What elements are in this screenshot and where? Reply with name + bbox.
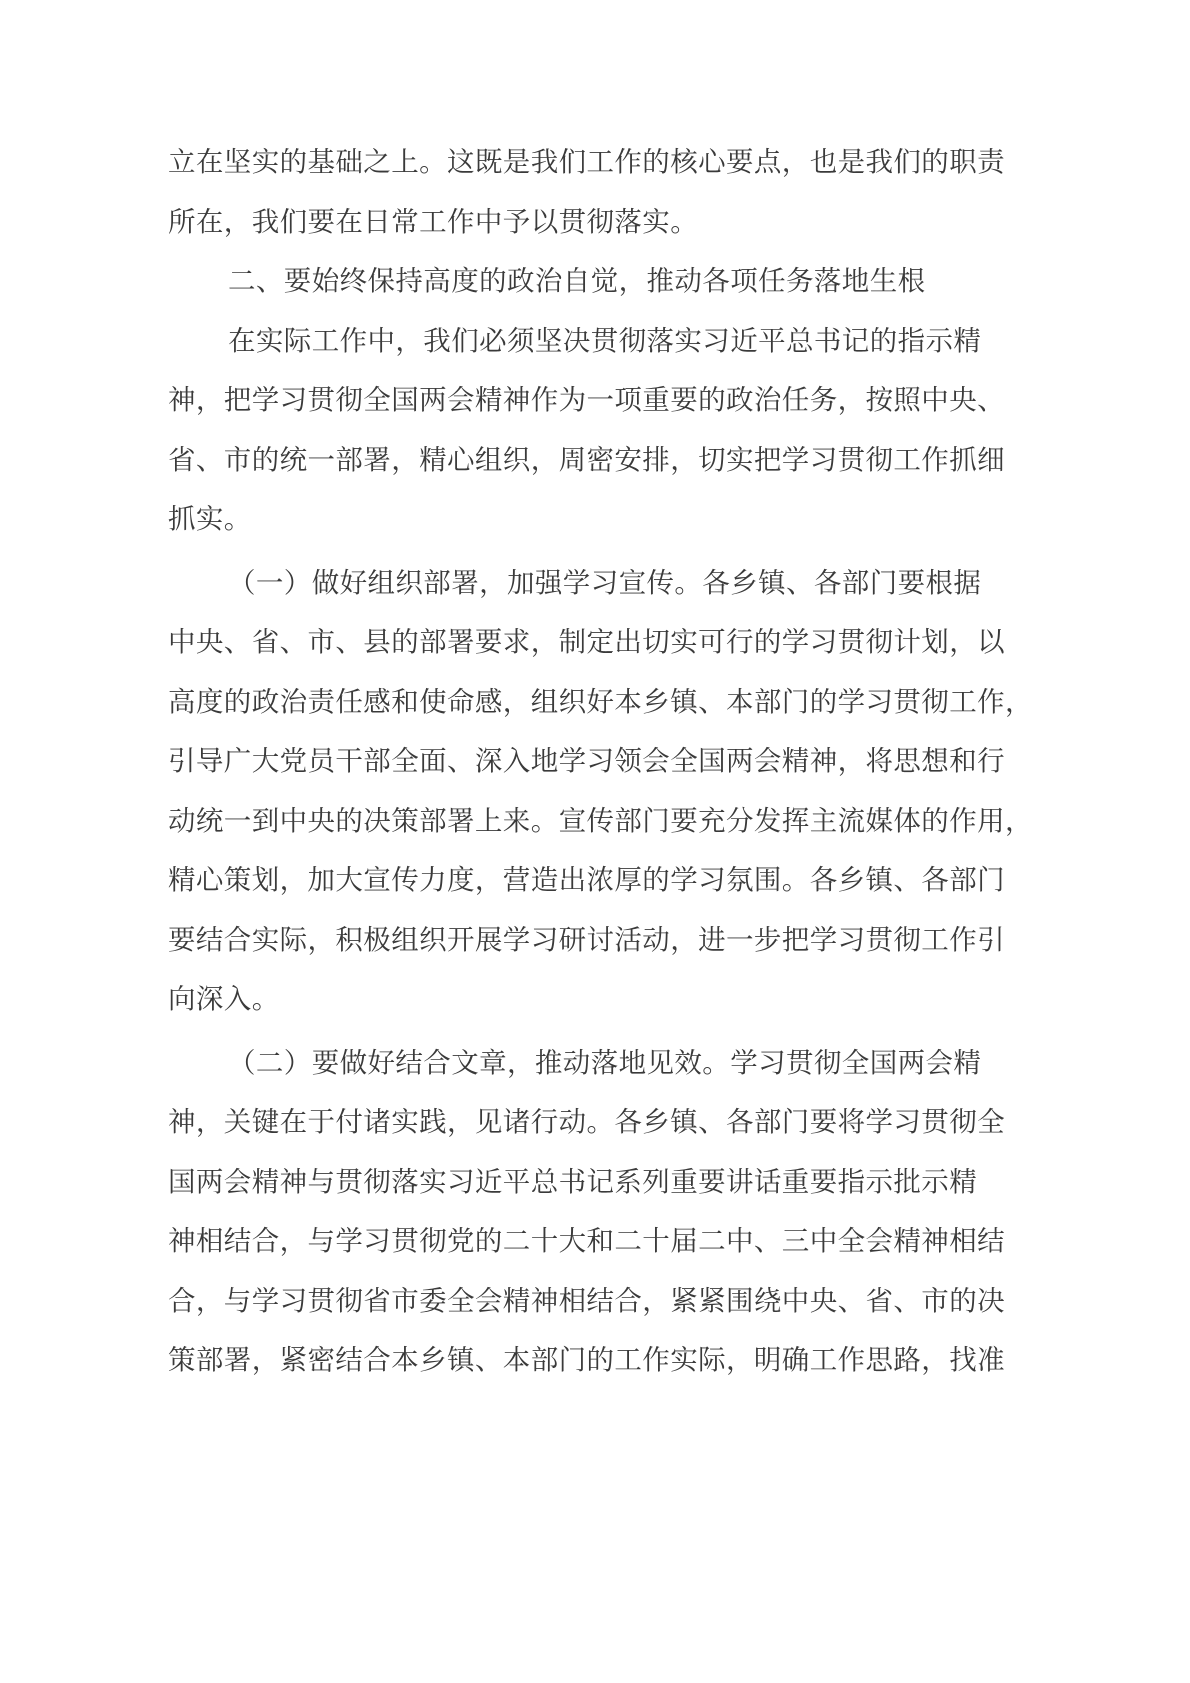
text-line: 抓实。 bbox=[168, 500, 970, 560]
text-line: （一）做好组织部署，加强学习宣传。各乡镇、各部门要根据 bbox=[168, 564, 970, 624]
subsection-paragraph-2: （二）要做好结合文章，推动落地见效。学习贯彻全国两会精 神，关键在于付诸实践，见… bbox=[168, 1044, 970, 1401]
paragraph: 在实际工作中，我们必须坚决贯彻落实习近平总书记的指示精 神，把学习贯彻全国两会精… bbox=[168, 322, 970, 560]
paragraph-continuation: 立在坚实的基础之上。这既是我们工作的核心要点，也是我们的职责 所在，我们要在日常… bbox=[168, 143, 970, 262]
text-line: 所在，我们要在日常工作中予以贯彻落实。 bbox=[168, 203, 970, 263]
text-line: 向深入。 bbox=[168, 980, 970, 1040]
text-line: （二）要做好结合文章，推动落地见效。学习贯彻全国两会精 bbox=[168, 1044, 970, 1104]
text-line: 中央、省、市、县的部署要求，制定出切实可行的学习贯彻计划，以 bbox=[168, 623, 970, 683]
document-page: 立在坚实的基础之上。这既是我们工作的核心要点，也是我们的职责 所在，我们要在日常… bbox=[168, 143, 970, 1401]
text-line: 策部署，紧密结合本乡镇、本部门的工作实际，明确工作思路，找准 bbox=[168, 1341, 970, 1401]
text-line: 神，把学习贯彻全国两会精神作为一项重要的政治任务，按照中央、 bbox=[168, 381, 970, 441]
text-line: 要结合实际，积极组织开展学习研讨活动，进一步把学习贯彻工作引 bbox=[168, 921, 970, 981]
text-line: 神相结合，与学习贯彻党的二十大和二十届二中、三中全会精神相结 bbox=[168, 1222, 970, 1282]
heading-line: 二、要始终保持高度的政治自觉，推动各项任务落地生根 bbox=[168, 262, 970, 322]
text-line: 在实际工作中，我们必须坚决贯彻落实习近平总书记的指示精 bbox=[168, 322, 970, 382]
text-line: 引导广大党员干部全面、深入地学习领会全国两会精神，将思想和行 bbox=[168, 742, 970, 802]
text-line: 精心策划，加大宣传力度，营造出浓厚的学习氛围。各乡镇、各部门 bbox=[168, 861, 970, 921]
text-line: 动统一到中央的决策部署上来。宣传部门要充分发挥主流媒体的作用， bbox=[168, 802, 970, 862]
text-line: 省、市的统一部署，精心组织，周密安排，切实把学习贯彻工作抓细 bbox=[168, 441, 970, 501]
text-line: 神，关键在于付诸实践，见诸行动。各乡镇、各部门要将学习贯彻全 bbox=[168, 1103, 970, 1163]
text-line: 立在坚实的基础之上。这既是我们工作的核心要点，也是我们的职责 bbox=[168, 143, 970, 203]
text-line: 高度的政治责任感和使命感，组织好本乡镇、本部门的学习贯彻工作， bbox=[168, 683, 970, 743]
text-line: 国两会精神与贯彻落实习近平总书记系列重要讲话重要指示批示精 bbox=[168, 1163, 970, 1223]
text-line: 合，与学习贯彻省市委全会精神相结合，紧紧围绕中央、省、市的决 bbox=[168, 1282, 970, 1342]
subsection-paragraph-1: （一）做好组织部署，加强学习宣传。各乡镇、各部门要根据 中央、省、市、县的部署要… bbox=[168, 564, 970, 1040]
section-heading: 二、要始终保持高度的政治自觉，推动各项任务落地生根 bbox=[168, 262, 970, 322]
